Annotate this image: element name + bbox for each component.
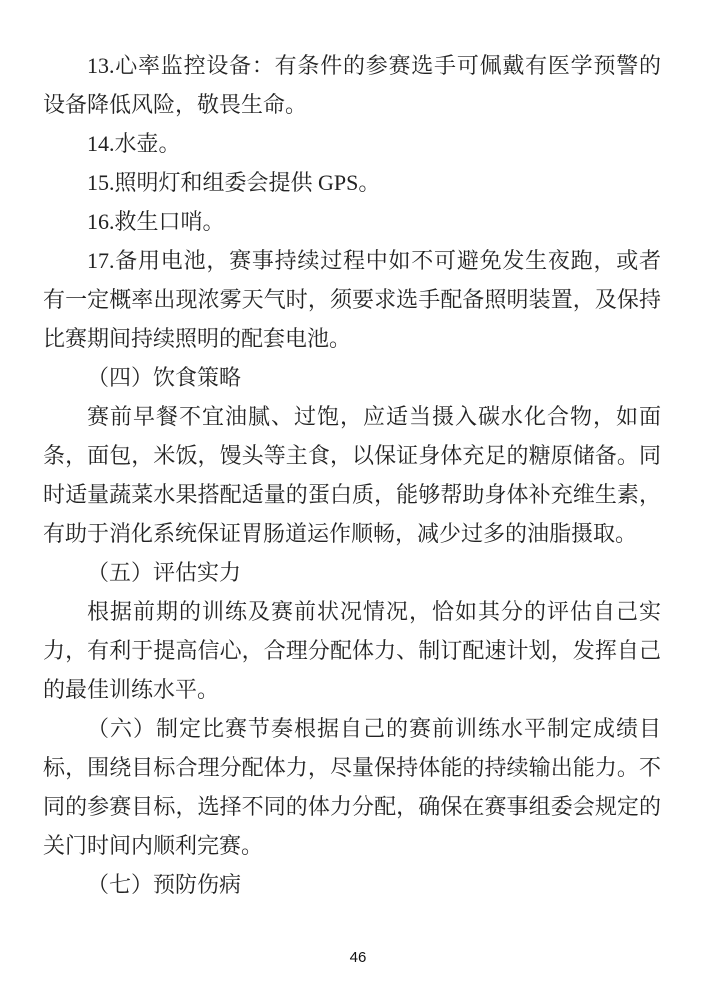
page-footer: 46 <box>0 949 716 967</box>
document-body: 13.心率监控设备：有条件的参赛选手可佩戴有医学预警的设备降低风险，敬畏生命。1… <box>43 46 661 904</box>
paragraph: （七）预防伤病 <box>43 865 661 904</box>
paragraph: （五）评估实力 <box>43 553 661 592</box>
document-page: 13.心率监控设备：有条件的参赛选手可佩戴有医学预警的设备降低风险，敬畏生命。1… <box>0 0 716 996</box>
page-number: 46 <box>350 949 367 966</box>
paragraph: 16.救生口哨。 <box>43 202 661 241</box>
paragraph: （六）制定比赛节奏根据自己的赛前训练水平制定成绩目标，围绕目标合理分配体力，尽量… <box>43 709 661 865</box>
paragraph: （四）饮食策略 <box>43 358 661 397</box>
paragraph: 根据前期的训练及赛前状况情况，恰如其分的评估自己实力，有利于提高信心，合理分配体… <box>43 592 661 709</box>
paragraph: 赛前早餐不宜油腻、过饱，应适当摄入碳水化合物，如面条，面包，米饭，馒头等主食，以… <box>43 397 661 553</box>
paragraph: 14.水壶。 <box>43 124 661 163</box>
paragraph: 15.照明灯和组委会提供 GPS。 <box>43 163 661 202</box>
paragraph: 13.心率监控设备：有条件的参赛选手可佩戴有医学预警的设备降低风险，敬畏生命。 <box>43 46 661 124</box>
paragraph: 17.备用电池，赛事持续过程中如不可避免发生夜跑，或者有一定概率出现浓雾天气时，… <box>43 241 661 358</box>
